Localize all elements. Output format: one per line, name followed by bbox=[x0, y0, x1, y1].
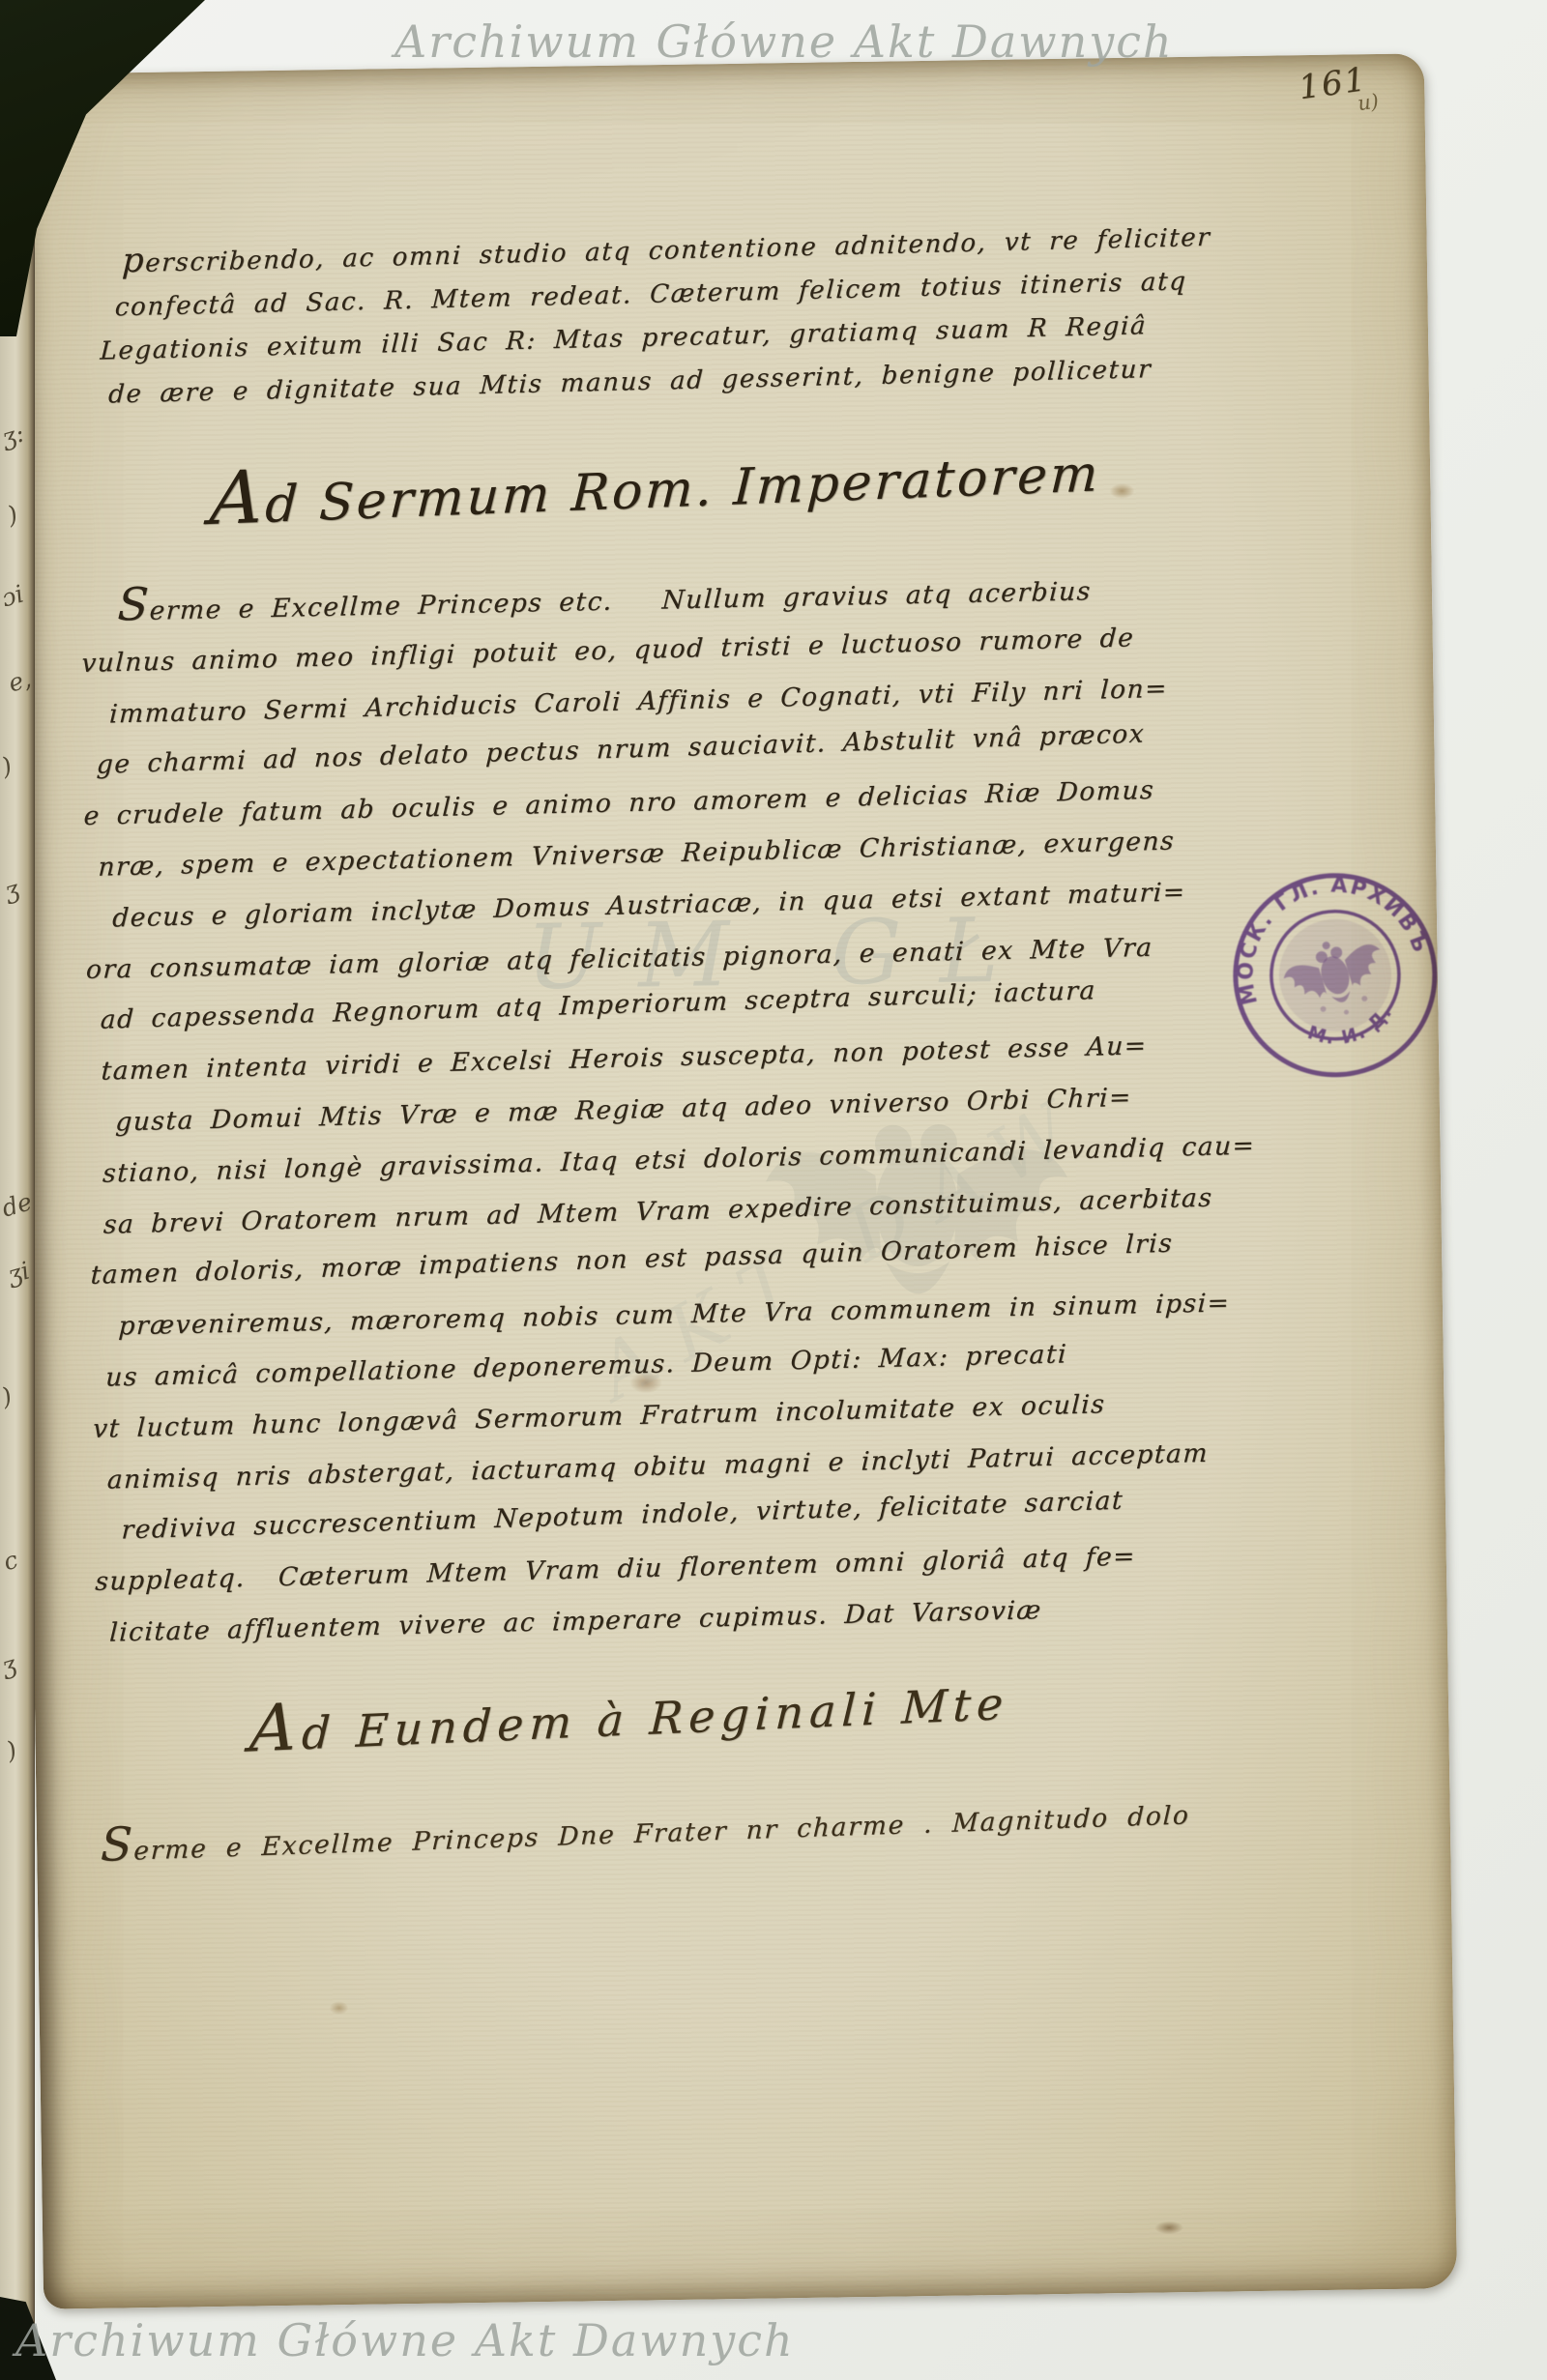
facing-page-ink-fragment: ɔi bbox=[0, 580, 27, 613]
folio-annotation: u) bbox=[1357, 90, 1381, 116]
foxing-spot bbox=[1154, 2220, 1183, 2234]
facing-page-ink-fragment: ) bbox=[3, 1735, 19, 1765]
second-letter-first-line: Serme e Excellme Princeps Dne Frater nr … bbox=[100, 1782, 1191, 1872]
facing-page-ink-fragment: ) bbox=[0, 1381, 15, 1411]
facing-page-ink-fragment: ʒ: bbox=[0, 419, 27, 451]
heading-regina: Ad Eundem à Reginali Mte bbox=[248, 1659, 1011, 1767]
opening-paragraph: perscribendo, ac omni studio atq content… bbox=[121, 223, 1212, 418]
facing-page-ink-fragment: ʒi bbox=[4, 1257, 32, 1290]
foxing-spot bbox=[1109, 483, 1134, 499]
facing-page-ink-fragment: de bbox=[0, 1187, 35, 1222]
folio-number-group: 161 u) bbox=[1297, 60, 1370, 107]
facing-page-ink-fragment: ) bbox=[4, 500, 20, 530]
facing-page-ink-fragment: ʒ bbox=[0, 1650, 19, 1681]
heading-imperator: Ad Sermum Rom. Imperatorem bbox=[208, 422, 1103, 541]
facing-page-ink-fragment: e, bbox=[5, 664, 34, 697]
watermark-bottom: Archiwum Główne Akt Dawnych bbox=[15, 2314, 795, 2366]
facing-page-ink-fragment: ) bbox=[0, 751, 15, 781]
letter-body: Serme e Excellme Princeps etc. Nullum gr… bbox=[94, 563, 1263, 1659]
manuscript-page: UM GŁ AKT DAW 161 u) perscribendo, ac om… bbox=[11, 53, 1457, 2308]
watermark-top: Archiwum Główne Akt Dawnych bbox=[394, 15, 1174, 68]
facing-page-ink-fragment: ʒ bbox=[1, 875, 22, 906]
facing-page-edge: ʒ:)ɔie,)ʒdeʒi)cʒ) bbox=[0, 0, 35, 2380]
facing-page-ink-fragment: c bbox=[0, 1546, 20, 1577]
foxing-spot bbox=[330, 2001, 349, 2015]
